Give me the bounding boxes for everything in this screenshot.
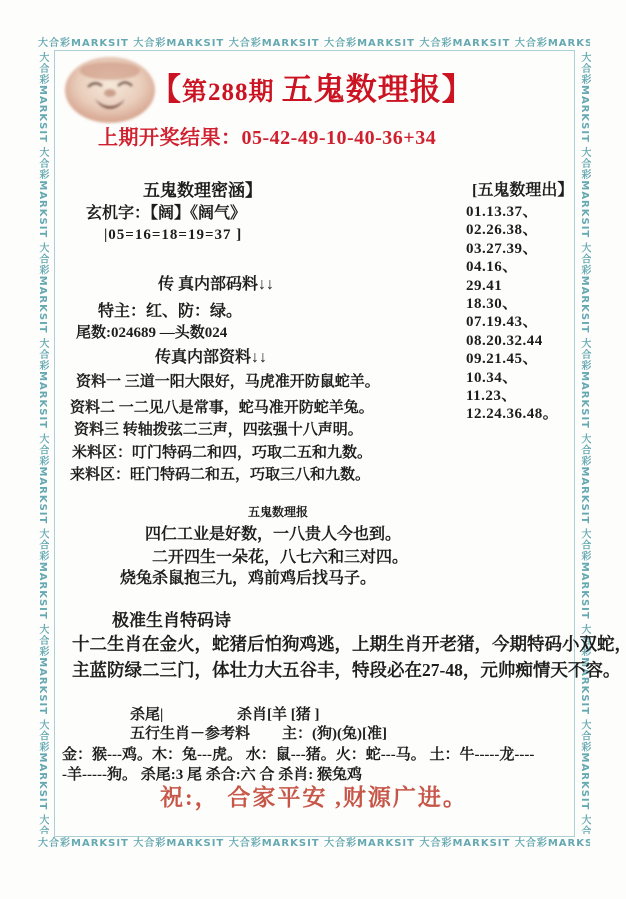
border-pattern-bottom: 大合彩MARKSIT 大合彩MARKSIT 大合彩MARKSIT 大合彩MARK… [38,834,590,849]
lailiao-line: 来料区：旺门特码二和五，巧取三八和九数。 [70,463,370,484]
sha-xiao-label: 杀肖[羊 [猪 ] [237,703,320,724]
mystic-word-line: 玄机字：【阔】《阔气》 [86,200,246,223]
laughing-face-image [62,55,158,125]
number-row: 01.13.37、 [466,203,558,221]
zodiac-poem-line-2: 主蓝防绿二三门，体壮力大五谷丰，特段必在27-48，元帅痴情天不容。 [72,657,620,682]
border-pattern-left: 大合彩MARKSIT 大合彩MARKSIT 大合彩MARKSIT 大合彩MARK… [35,52,50,834]
number-row: 12.24.36.48。 [466,405,558,423]
previous-draw-result: 上期开奖结果：05-42-49-10-40-36+34 [98,121,436,150]
secrets-heading: 五鬼数理密涵】 [143,176,262,201]
wuxing-label: 五行生肖－参考料 [130,722,250,743]
number-row: 04.16、 [466,258,558,276]
poem-line-3: 烧兔杀鼠抱三九，鸡前鸡后找马子。 [120,565,376,588]
result-label: 上期开奖结果： [98,127,242,149]
ziliao-line-1: 资料一 三道一阳大限好，马虎准开防鼠蛇羊。 [76,370,380,391]
border-pattern-top: 大合彩MARKSIT 大合彩MARKSIT 大合彩MARKSIT 大合彩MARK… [38,34,590,49]
result-numbers: 05-42-49-10-40-36+34 [242,127,437,149]
weishu-line: 尾数:024689 —头数024 [76,321,227,342]
blessing-line: 祝:， 合家平安 ,财源广进。 [160,779,468,812]
fax-code-heading: 传 真内部码料↓↓ [158,271,274,294]
number-row: 03.27.39、 [466,240,558,258]
ziliao-line-2: 资料二 一二见八是常事，蛇马准开防蛇羊兔。 [70,396,374,417]
number-table-heading: [五鬼数理出】 [472,177,573,200]
number-row: 18.30、 [466,295,558,313]
issue-number: 第288期 [182,79,282,106]
number-row: 08.20.32.44 [466,332,558,350]
title-main: 五鬼数理报 [282,72,442,107]
number-row: 02.26.38、 [466,221,558,239]
elements-line-1: 金：猴---鸡。木：兔---虎。 水：鼠---猪。火：蛇---马。 土：牛---… [62,743,534,764]
miliao-line: 米料区：叮门特码二和四，巧取二五和九数。 [72,441,372,462]
poem-line-1: 四仁工业是好数，一八贵人今也到。 [145,521,401,544]
formula-line: |05=16=18=19=37 ] [104,227,242,244]
number-row: 09.21.45、 [466,350,558,368]
poem-line-2: 二开四生一朵花，八七六和三对四。 [152,544,408,567]
number-row: 07.19.43、 [466,313,558,331]
newspaper-page: 大合彩MARKSIT 大合彩MARKSIT 大合彩MARKSIT 大合彩MARK… [0,0,626,899]
ziliao-line-3: 资料三 转轴拨弦二三声，四弦强十八声明。 [74,418,363,439]
sha-wei-label: 杀尾| [130,703,163,724]
number-row: 29.41 [466,277,558,295]
title-bracket-right: 】 [442,72,474,107]
zhu-label: 主：(狗)(兔)[准] [282,722,387,743]
zodiac-poem-line-1: 十二生肖在金火，蛇猪后怕狗鸡逃，上期生肖开老猪，今期特码小双蛇， [72,631,626,656]
poem-heading: 五鬼数理报 [248,503,308,520]
border-pattern-right: 大合彩MARKSIT 大合彩MARKSIT 大合彩MARKSIT 大合彩MARK… [577,52,592,834]
number-table: 01.13.37、 02.26.38、 03.27.39、 04.16、 29.… [466,203,558,424]
number-row: 10.34、 [466,369,558,387]
zodiac-poem-heading: 极准生肖特码诗 [112,606,231,631]
te-zhu-line: 特主：红、防：绿。 [98,298,242,321]
fax-data-heading: 传真内部资料↓↓ [155,344,267,367]
masthead-title: 【第288期 五鬼数理报】 [150,64,474,109]
title-bracket-left: 【 [150,72,182,107]
number-row: 11.23、 [466,387,558,405]
